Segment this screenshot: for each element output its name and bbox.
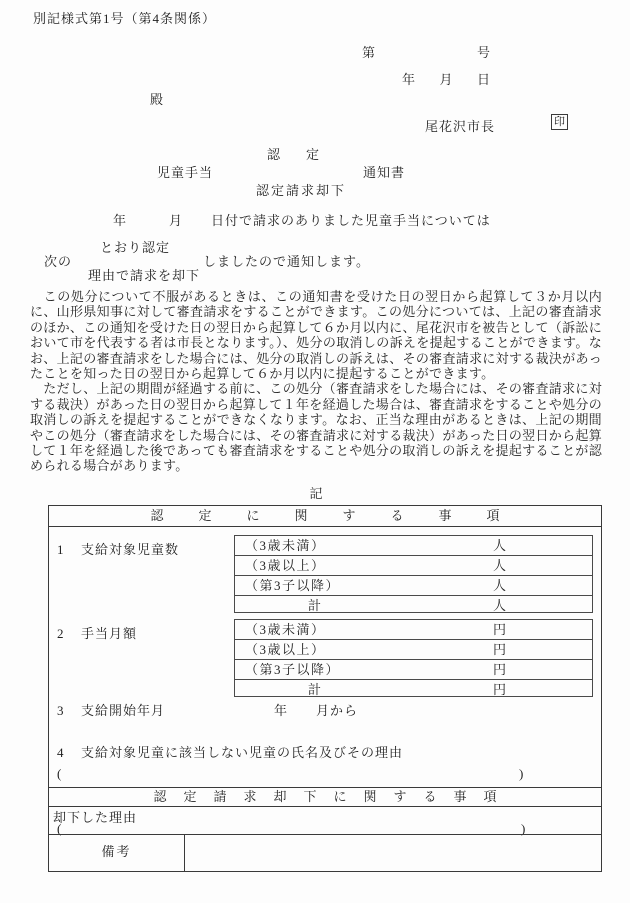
intro-date-line: 年 月 日付で請求のありました児童手当については xyxy=(113,210,491,229)
row-label: （3歳未満） xyxy=(245,536,326,555)
item3-value: 年 月から xyxy=(274,700,358,719)
item4-paren-open: ( xyxy=(57,766,61,782)
item1-label-row: 1支給対象児童数 xyxy=(57,539,179,558)
table-row: （3歳未満） 人 xyxy=(235,536,592,556)
row-unit: 人 xyxy=(493,556,506,575)
item2-label-row: 2手当月額 xyxy=(57,623,137,642)
seal-stamp: 印 xyxy=(551,114,568,130)
item3-label-row: 3支給開始年月 xyxy=(57,700,165,719)
row-label: （3歳以上） xyxy=(245,640,326,659)
intro-option-approval: とおり認定 xyxy=(100,237,170,256)
item4-label: 支給対象児童に該当しない児童の氏名及びその理由 xyxy=(81,745,403,760)
issuer-name: 尾花沢市長 xyxy=(425,116,495,135)
doc-number-row: 第 号 xyxy=(362,42,490,61)
item4-label-row: 4支給対象児童に該当しない児童の氏名及びその理由 xyxy=(57,742,403,761)
table-row: （3歳以上） 円 xyxy=(235,640,592,660)
appeal-notice-paragraph-2: ただし、上記の期間が経過する前に、この処分（審査請求をした場合には、その審査請求… xyxy=(30,381,602,473)
doc-no-suffix-label: 号 xyxy=(477,42,490,61)
rejection-reason-label: 却下した理由 xyxy=(53,807,137,826)
row-unit: 人 xyxy=(493,576,506,595)
row-label: （3歳未満） xyxy=(245,620,326,639)
item2-label: 手当月額 xyxy=(81,626,137,641)
item4-paren-close: ) xyxy=(519,766,523,782)
main-table: 認定に関する事項 1支給対象児童数 （3歳未満） 人 （3歳以上） 人 （第3子… xyxy=(48,505,602,872)
row-unit: 人 xyxy=(493,536,506,555)
table-row: （第3子以降） 円 xyxy=(235,660,592,680)
remarks-content-cell xyxy=(185,835,601,871)
title-left: 児童手当 xyxy=(157,162,213,181)
ki-marker: 記 xyxy=(30,483,602,502)
row-label: （第3子以降） xyxy=(245,576,340,595)
appeal-notice-paragraph-1: この処分について不服があるときは、この通知書を受けた日の翌日から起算して３か月以… xyxy=(30,289,602,381)
child-count-table: （3歳未満） 人 （3歳以上） 人 （第3子以降） 人 計 人 xyxy=(234,535,593,613)
table-row-total: 計 人 xyxy=(235,596,592,615)
table-section2-header: 認定請求却下に関する事項 xyxy=(49,787,601,807)
year-label: 年 xyxy=(402,69,415,88)
document-page: 別記様式第1号（第4条関係） 第 号 年 月 日 殿 尾花沢市長 印 認 定 児… xyxy=(0,0,630,903)
remarks-label-cell: 備考 xyxy=(49,835,185,871)
remarks-label: 備考 xyxy=(101,844,131,859)
intro-lead: 次の xyxy=(44,251,72,270)
row-label: 計 xyxy=(245,680,385,699)
item3-number: 3 xyxy=(57,703,81,719)
day-label: 日 xyxy=(477,69,490,88)
row-label: 計 xyxy=(245,596,385,615)
table-row: （3歳以上） 人 xyxy=(235,556,592,576)
doc-no-prefix-label: 第 xyxy=(362,42,375,61)
table-row: （3歳未満） 円 xyxy=(235,620,592,640)
item3-label: 支給開始年月 xyxy=(81,703,165,718)
form-number: 別記様式第1号（第4条関係） xyxy=(33,8,216,27)
table-section1-header: 認定に関する事項 xyxy=(49,506,601,527)
table-row: （第3子以降） 人 xyxy=(235,576,592,596)
issue-date-row: 年 月 日 xyxy=(402,69,490,88)
item1-number: 1 xyxy=(57,542,81,558)
row-unit: 円 xyxy=(493,640,506,659)
item1-label: 支給対象児童数 xyxy=(81,542,179,557)
item4-number: 4 xyxy=(57,745,81,761)
row-unit: 人 xyxy=(493,596,506,615)
intro-tail: しましたので通知します。 xyxy=(203,251,370,270)
remarks-row: 備考 xyxy=(49,834,601,871)
row-unit: 円 xyxy=(493,660,506,679)
appeal-notice: この処分について不服があるときは、この通知書を受けた日の翌日から起算して３か月以… xyxy=(30,289,602,474)
title-right: 通知書 xyxy=(363,162,405,181)
title-option-approval: 認 定 xyxy=(267,144,319,163)
table-row-total: 計 円 xyxy=(235,680,592,699)
row-label: （3歳以上） xyxy=(245,556,326,575)
intro-option-rejection: 理由で請求を却下 xyxy=(88,265,200,284)
title-option-rejection: 認定請求却下 xyxy=(256,180,346,199)
monthly-amount-table: （3歳未満） 円 （3歳以上） 円 （第3子以降） 円 計 円 xyxy=(234,619,593,697)
item2-number: 2 xyxy=(57,626,81,642)
row-unit: 円 xyxy=(493,620,506,639)
row-unit: 円 xyxy=(493,680,506,699)
row-label: （第3子以降） xyxy=(245,660,340,679)
addressee-honorific: 殿 xyxy=(150,89,163,108)
month-label: 月 xyxy=(439,69,452,88)
